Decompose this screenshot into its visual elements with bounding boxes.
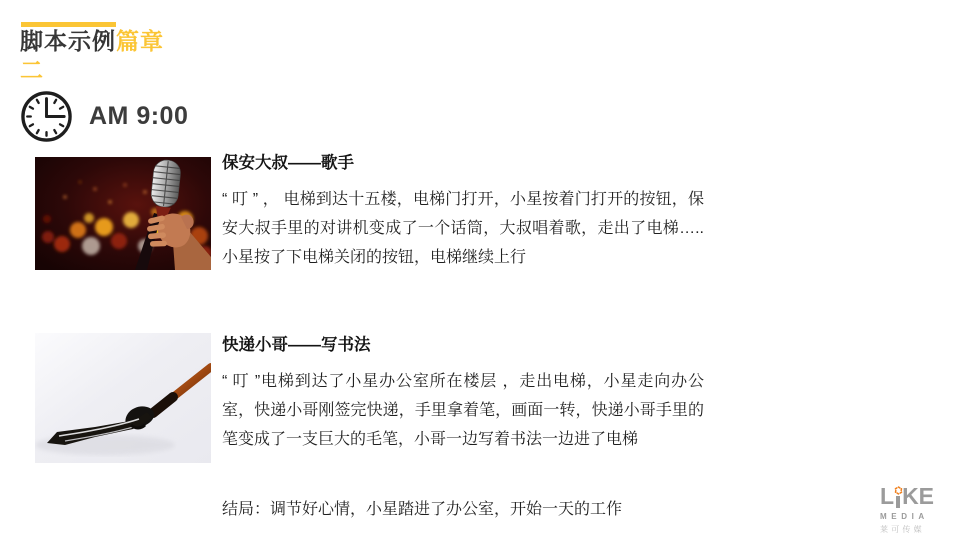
title-accent-bar (21, 22, 116, 27)
aperture-icon (894, 486, 903, 495)
logo-wordmark: LKE (880, 485, 934, 508)
story-title-singer: 保安大叔——歌手 (222, 149, 704, 173)
time-row: AM 9:00 (19, 89, 188, 144)
story-block-calligraphy: 快递小哥——写书法 “ 叮 ”电梯到达了小星办公室所在楼层 ，走出电梯，小星走向… (222, 331, 704, 454)
page-title-yellow: 篇章 (116, 28, 164, 54)
page-title-black: 脚本示例 (20, 28, 116, 54)
like-media-logo: LKE MEDIA 莱可传媒 (880, 485, 934, 535)
story-title-calligraphy: 快递小哥——写书法 (222, 331, 704, 355)
time-label: AM 9:00 (89, 102, 188, 131)
chapter-number: 二 (20, 52, 43, 85)
logo-text-l: L (880, 485, 894, 508)
clock-icon (19, 89, 74, 144)
story-block-singer: 保安大叔——歌手 “ 叮 ” ， 电梯到达十五楼，电梯门打开，小星按着门打开的按… (222, 149, 704, 272)
logo-media-text: MEDIA (880, 512, 934, 521)
microphone-photo (35, 157, 211, 270)
story-body-singer: “ 叮 ” ， 电梯到达十五楼，电梯门打开，小星按着门打开的按钮，保安大叔手里的… (222, 185, 704, 272)
presentation-slide: 脚本示例篇章 二 AM 9:00 (0, 0, 960, 540)
story-body-calligraphy: “ 叮 ”电梯到达了小星办公室所在楼层 ，走出电梯，小星走向办公室，快递小哥刚签… (222, 367, 704, 454)
page-title: 脚本示例篇章 (20, 29, 164, 54)
logo-chinese-text: 莱可传媒 (880, 524, 934, 535)
logo-letter-i (894, 485, 902, 508)
calligraphy-brush-photo (35, 333, 211, 463)
logo-text-ke: KE (902, 485, 934, 508)
ending-line: 结局：调节好心情，小星踏进了办公室，开始一天的工作 (222, 496, 622, 523)
